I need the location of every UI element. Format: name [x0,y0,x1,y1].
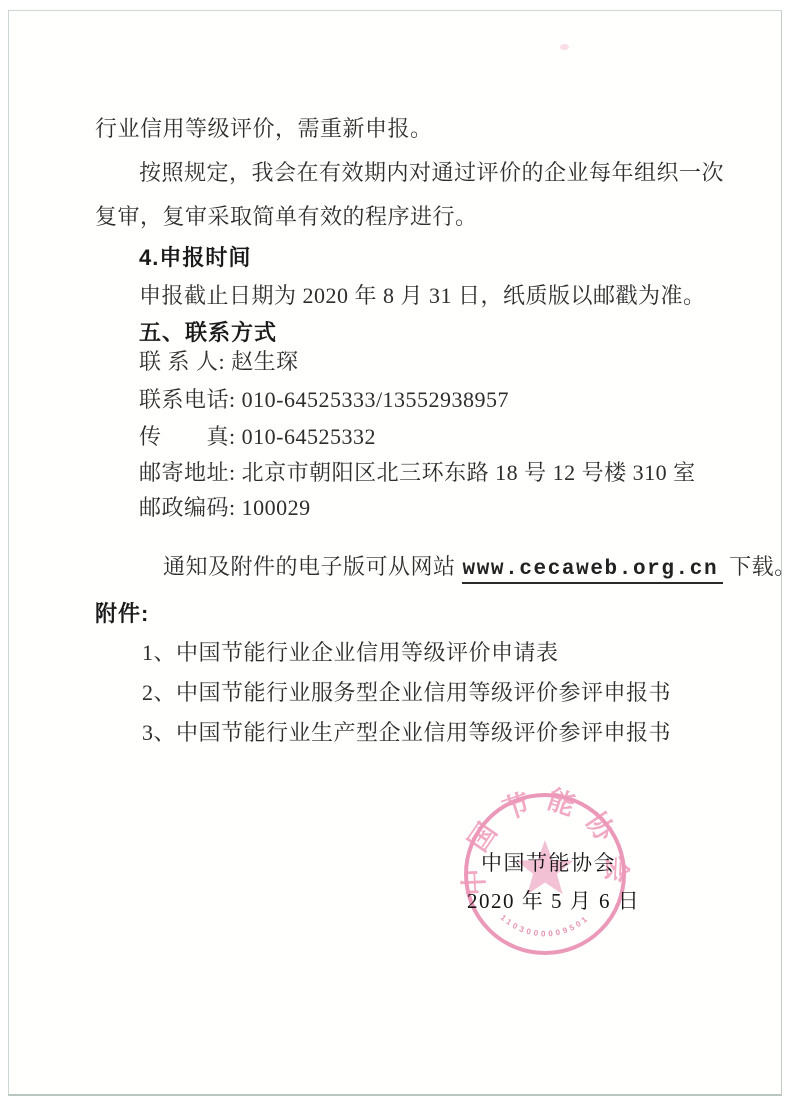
heading-application-time: 4.申报时间 [139,241,251,272]
download-line-suffix: 下载。 [723,554,790,579]
svg-text:1103000009501: 1103000009501 [499,913,592,938]
contact-phone-line: 联系电话: 010-64525333/13552938957 [139,383,509,414]
deadline-line: 申报截止日期为 2020 年 8 月 31 日，纸质版以邮戳为准。 [139,279,706,310]
postal-code-line: 邮政编码: 100029 [139,491,311,522]
attachment-item-2: 2、中国节能行业服务型企业信用等级评价参评申报书 [142,676,671,707]
attachment-item-1: 1、中国节能行业企业信用等级评价申请表 [142,636,559,667]
signature-date: 2020 年 5 月 6 日 [467,885,640,915]
signature-org-name: 中国节能协会 [481,847,616,877]
seal-serial-number: 1103000009501 [499,913,592,938]
attachment-item-3: 3、中国节能行业生产型企业信用等级评价参评申报书 [142,716,671,747]
fax-line: 传 真: 010-64525332 [139,420,376,451]
heading-contact-info: 五、联系方式 [139,316,277,347]
mailing-address-line: 邮寄地址: 北京市朝阳区北三环东路 18 号 12 号楼 310 室 [139,456,696,487]
attachments-title: 附件: [95,597,149,628]
paragraph-continuation-line: 行业信用等级评价，需重新申报。 [95,112,433,143]
website-link[interactable]: www.cecaweb.org.cn [462,558,724,584]
scanned-document-page: 行业信用等级评价，需重新申报。 按照规定，我会在有效期内对通过评价的企业每年组织… [0,0,790,1117]
contact-person-line: 联 系 人: 赵生琛 [139,345,299,376]
download-line-prefix: 通知及附件的电子版可从网站 [163,554,462,579]
ink-smudge [560,44,569,50]
paragraph-review-line2: 复审，复审采取简单有效的程序进行。 [95,200,478,231]
paragraph-review-line1: 按照规定，我会在有效期内对通过评价的企业每年组织一次 [139,156,724,187]
download-line: 通知及附件的电子版可从网站 www.cecaweb.org.cn 下载。 [139,524,790,607]
